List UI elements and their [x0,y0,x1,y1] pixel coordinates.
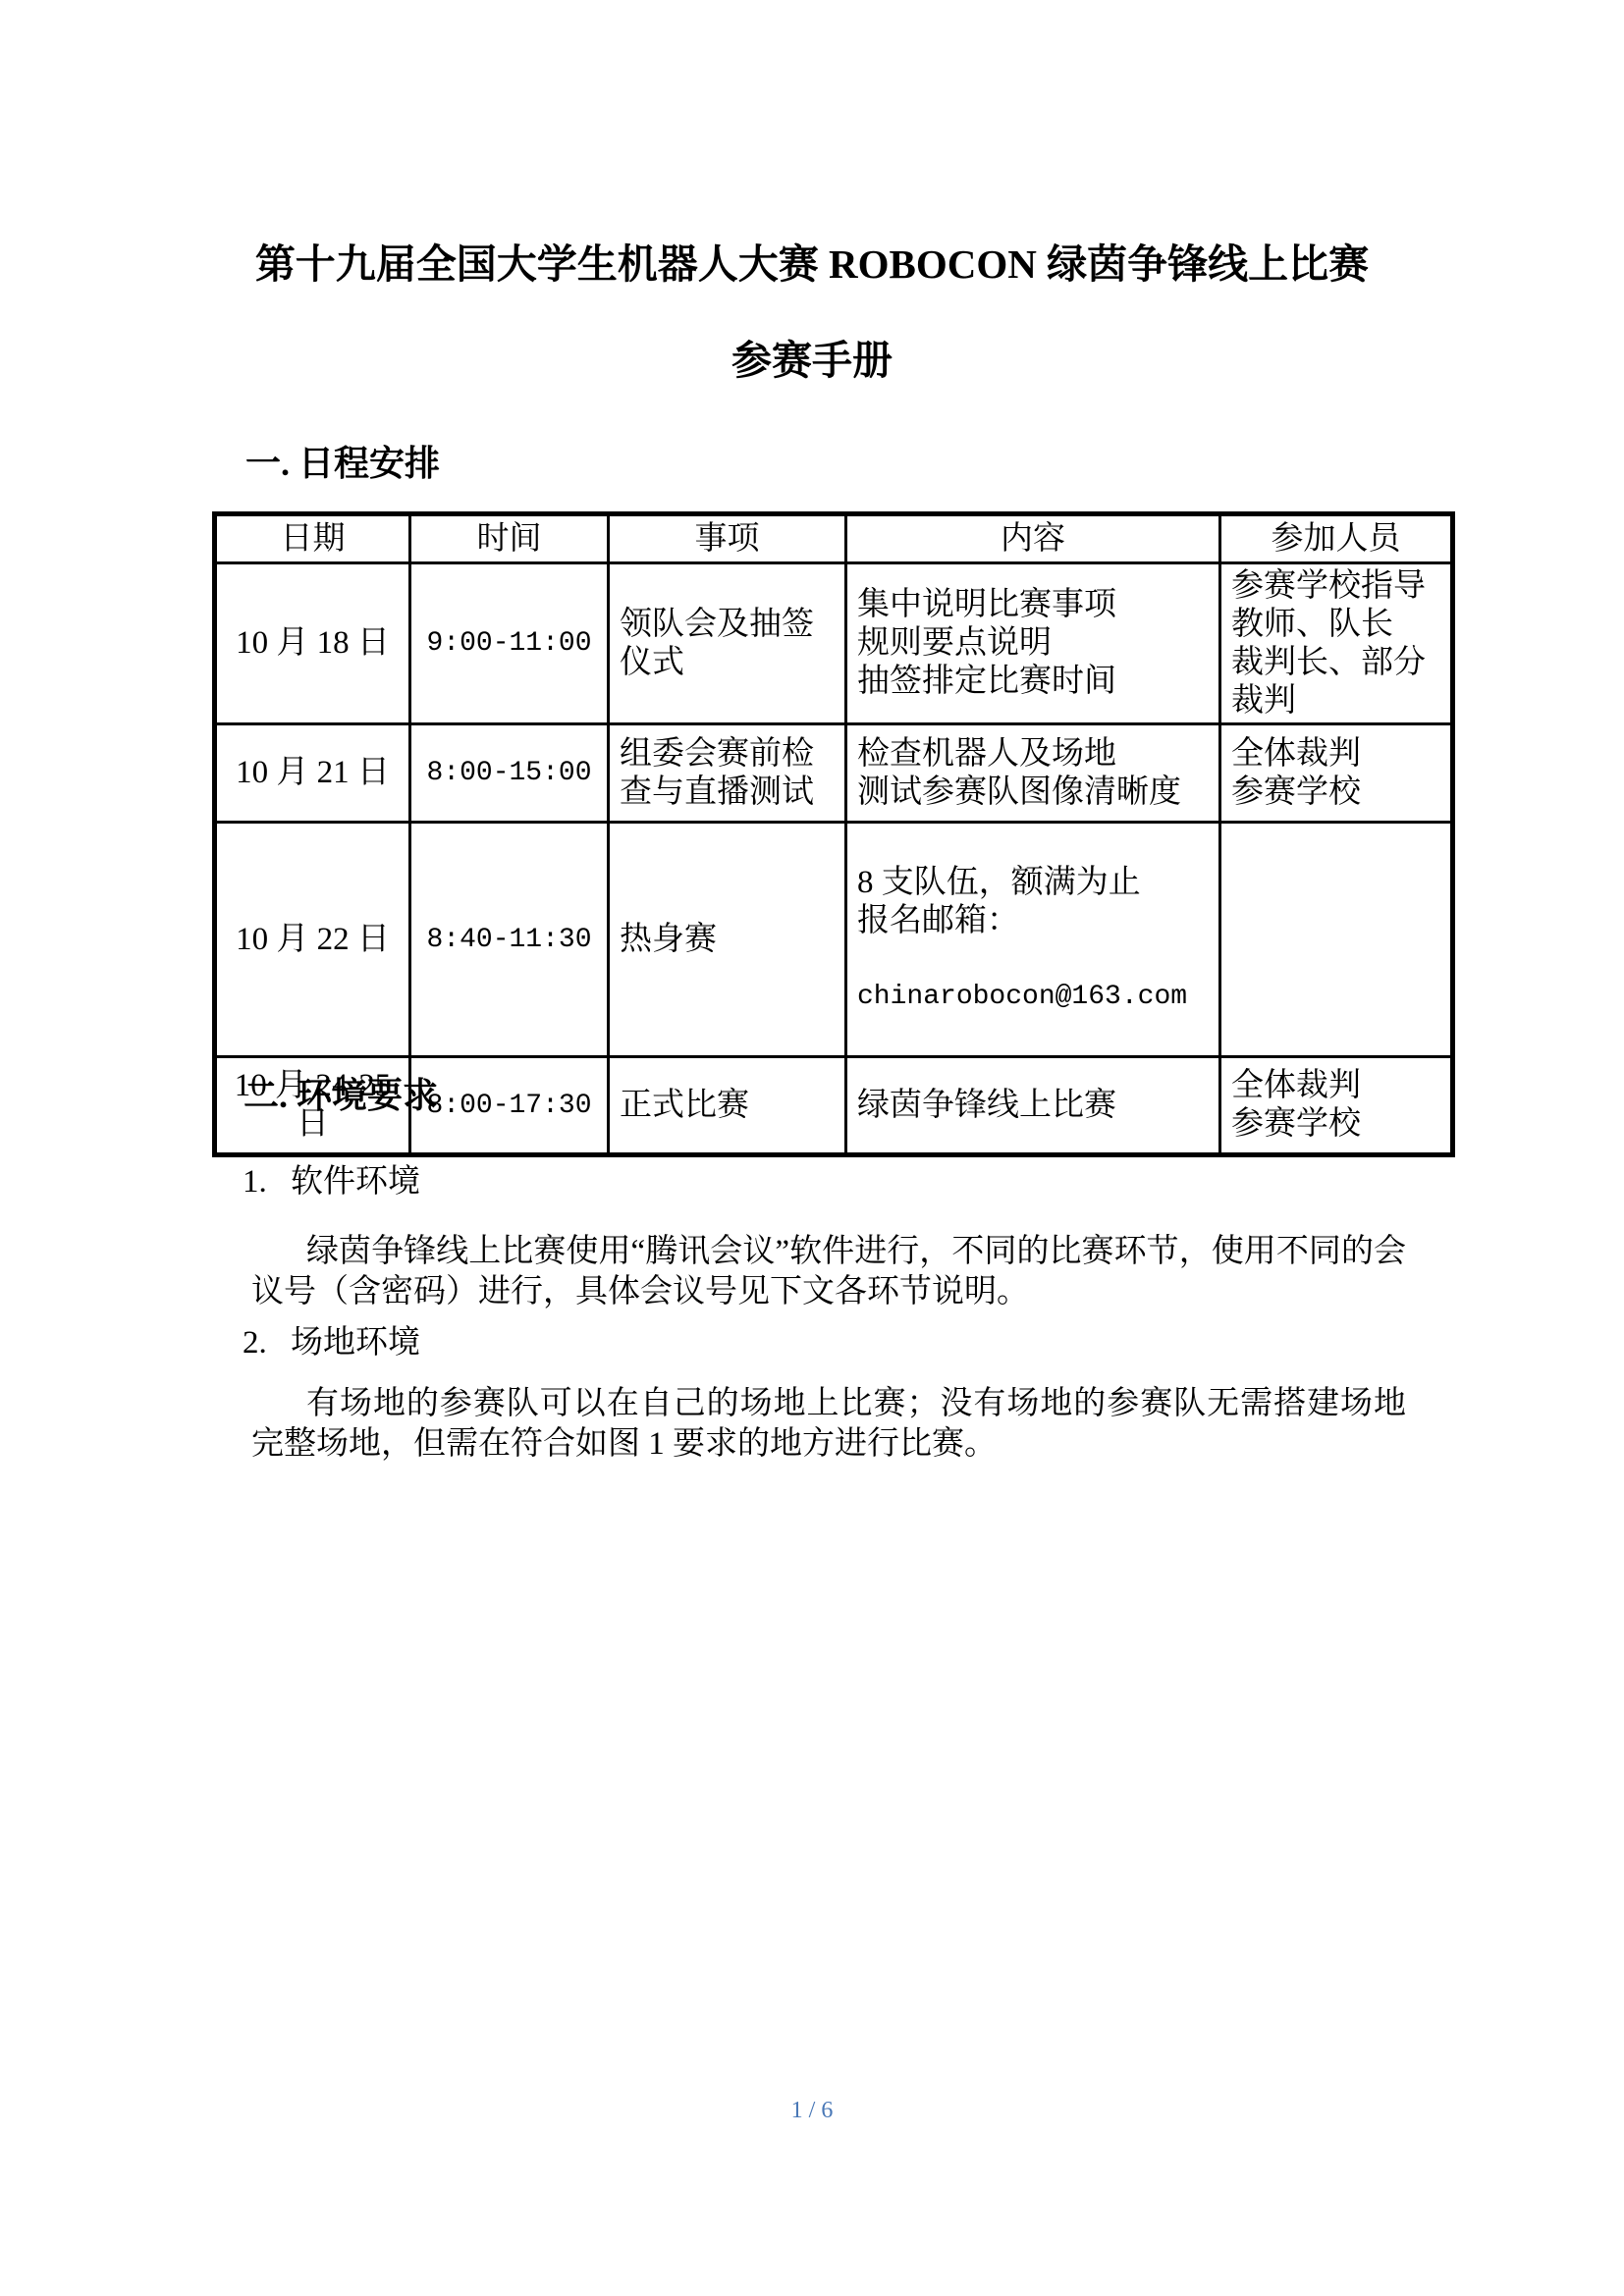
schedule-table-header-row: 日期 时间 事项 内容 参加人员 [215,514,1453,563]
cell-item: 热身赛 [609,823,846,1057]
cell-time: 9:00-11:00 [410,563,609,724]
cell-item: 正式比赛 [609,1057,846,1155]
document-title-line2: 参赛手册 [0,336,1624,385]
document-page: 第十九届全国大学生机器人大赛 ROBOCON 绿茵争锋线上比赛 参赛手册 一. … [0,0,1624,2296]
registration-email: chinarobocon@163.com [857,979,1209,1015]
column-header-date: 日期 [215,514,410,563]
cell-participants: 全体裁判 参赛学校 [1220,1057,1453,1155]
cell-date: 10 月 18 日 [215,563,410,724]
list-item-number: 2. [243,1323,291,1362]
cell-content: 集中说明比赛事项 规则要点说明 抽签排定比赛时间 [846,563,1220,724]
section-heading-schedule: 一. 日程安排 [245,442,440,485]
cell-item: 组委会赛前检查与直播测试 [609,724,846,823]
cell-content-text: 8 支队伍，额满为止 报名邮箱： [857,864,1209,940]
cell-participants [1220,823,1453,1057]
software-environment-paragraph: 绿茵争锋线上比赛使用“腾讯会议”软件进行，不同的比赛环节，使用不同的会议号（含密… [251,1232,1406,1312]
column-header-time: 时间 [410,514,609,563]
list-item-label: 场地环境 [291,1325,420,1361]
table-row: 10 月 18 日 9:00-11:00 领队会及抽签仪式 集中说明比赛事项 规… [215,563,1453,724]
cell-participants: 参赛学校指导教师、队长 裁判长、部分裁判 [1220,563,1453,724]
cell-date: 10 月 21 日 [215,724,410,823]
cell-participants: 全体裁判 参赛学校 [1220,724,1453,823]
list-item-number: 1. [243,1162,291,1201]
cell-date: 10 月 22 日 [215,823,410,1057]
table-row: 10 月 22 日 8:40-11:30 热身赛 8 支队伍，额满为止 报名邮箱… [215,823,1453,1057]
list-item-venue-environment: 2.场地环境 [243,1323,420,1362]
section-heading-environment: 二. 环境要求 [244,1074,438,1117]
page-number: 1 / 6 [0,2097,1624,2124]
cell-time: 8:00-17:30 [410,1057,609,1155]
cell-content: 绿茵争锋线上比赛 [846,1057,1220,1155]
column-header-content: 内容 [846,514,1220,563]
column-header-participants: 参加人员 [1220,514,1453,563]
cell-item: 领队会及抽签仪式 [609,563,846,724]
cell-content: 检查机器人及场地 测试参赛队图像清晰度 [846,724,1220,823]
table-row: 10 月 21 日 8:00-15:00 组委会赛前检查与直播测试 检查机器人及… [215,724,1453,823]
schedule-table: 日期 时间 事项 内容 参加人员 10 月 18 日 9:00-11:00 领队… [212,511,1455,1157]
venue-environment-paragraph: 有场地的参赛队可以在自己的场地上比赛；没有场地的参赛队无需搭建场地完整场地，但需… [251,1384,1406,1465]
list-item-software-environment: 1.软件环境 [243,1162,420,1201]
cell-time: 8:00-15:00 [410,724,609,823]
cell-content: 8 支队伍，额满为止 报名邮箱： chinarobocon@163.com [846,823,1220,1057]
document-title-line1: 第十九届全国大学生机器人大赛 ROBOCON 绿茵争锋线上比赛 [0,240,1624,289]
column-header-item: 事项 [609,514,846,563]
cell-time: 8:40-11:30 [410,823,609,1057]
list-item-label: 软件环境 [291,1164,420,1200]
